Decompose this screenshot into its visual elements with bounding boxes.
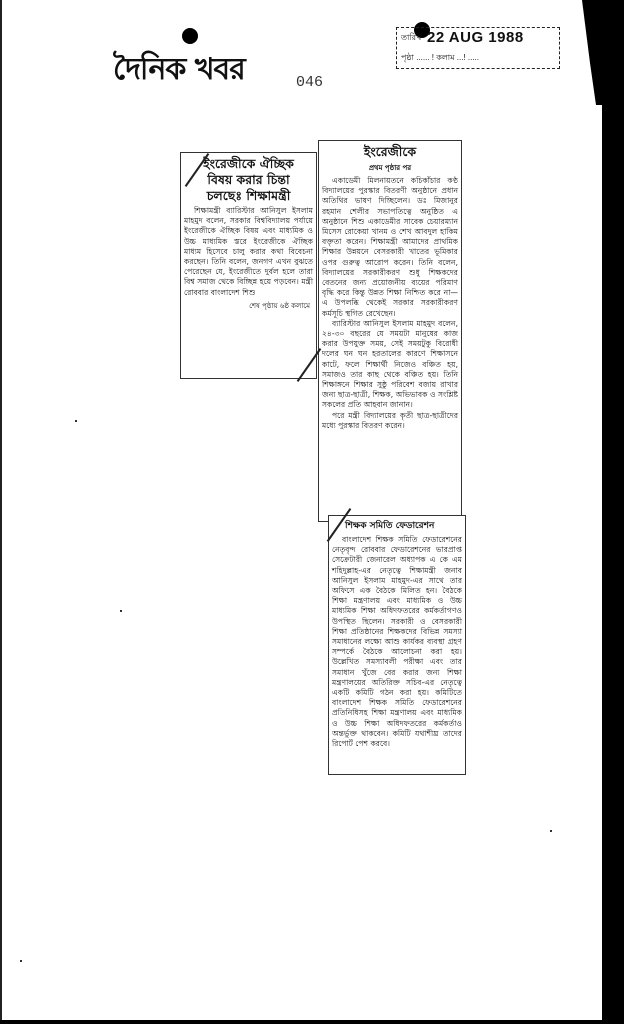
date-stamp: তারিখ 22 AUG 1988 পৃষ্ঠা ...... ! কলাম .… (396, 27, 560, 69)
newspaper-masthead: দৈনিক খবর (113, 45, 245, 96)
scan-speck (550, 830, 552, 832)
scan-speck (75, 420, 77, 422)
article-clipping-2: ইংরেজীকে প্রথম পৃষ্ঠার পর একাডেমী মিলনায… (318, 140, 462, 522)
article2-headline: ইংরেজীকে (321, 144, 459, 160)
scan-edge-bottom (0, 1020, 624, 1024)
scan-edge-left (0, 0, 2, 1024)
article3-body: বাংলাদেশ শিক্ষক সমিতি ফেডারেশনের নেতৃবৃন… (329, 535, 465, 749)
article-clipping-1: ইংরেজীকে ঐচ্ছিক বিষয় করার চিন্তা চলছেঃ … (180, 152, 317, 379)
scan-speck (20, 960, 22, 962)
scan-speck (120, 610, 122, 612)
stamp-date: 22 AUG 1988 (427, 29, 524, 46)
stamp-date-label: তারিখ (401, 32, 421, 45)
article-clipping-3: শিক্ষক সমিতি ফেডারেশন বাংলাদেশ শিক্ষক সম… (328, 515, 466, 775)
article1-continued: শেষ পৃষ্ঠায় ৬ষ্ঠ কলামে (181, 298, 316, 314)
article3-section-head: শিক্ষক সমিতি ফেডারেশন (329, 518, 465, 533)
article2-body: একাডেমী মিলনায়তনে কচিকাঁচার কণ্ঠ বিদ্যা… (319, 176, 461, 431)
scan-edge-shadow (582, 0, 602, 105)
article2-subhead: প্রথম পৃষ্ঠার পর (319, 162, 461, 174)
punch-hole-icon (182, 28, 198, 44)
scan-edge-right (602, 0, 624, 1024)
article1-body: শিক্ষামন্ত্রী ব্যারিস্টার আনিসুল ইসলাম ম… (181, 206, 316, 298)
page-number: 046 (296, 74, 323, 91)
stamp-page-column: পৃষ্ঠা ...... ! কলাম ...! ..... (401, 52, 479, 65)
